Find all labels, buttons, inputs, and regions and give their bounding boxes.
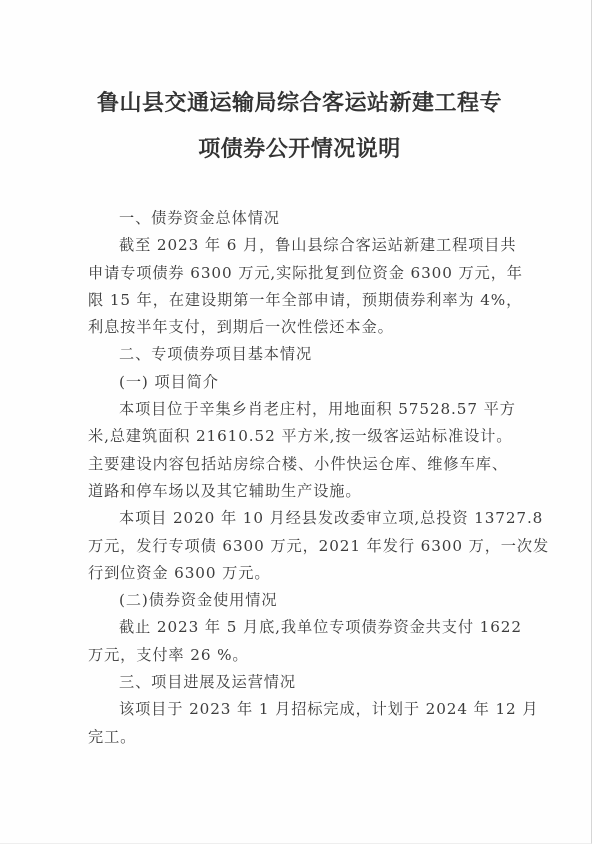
paragraph-line: 主要建设内容包括站房综合楼、小件快运仓库、维修车库、 xyxy=(88,451,508,478)
paragraph-line: 截止 2023 年 5 月底,我单位专项债券资金共支付 1622 xyxy=(88,614,508,641)
paragraph-line: 行到位资金 6300 万元。 xyxy=(88,560,508,587)
paragraph-line: 本项目位于辛集乡肖老庄村，用地面积 57528.57 平方 xyxy=(88,396,508,423)
section-heading-2: 二、专项债券项目基本情况 xyxy=(88,341,508,368)
paragraph-line: 本项目 2020 年 10 月经县发改委审立项,总投资 13727.8 xyxy=(88,505,508,532)
document-page: 鲁山县交通运输局综合客运站新建工程专 项债券公开情况说明 一、债券资金总体情况 … xyxy=(0,0,592,844)
document-title-line-2: 项债券公开情况说明 xyxy=(0,132,599,163)
paragraph-line: 道路和停车场以及其它辅助生产设施。 xyxy=(88,478,508,505)
paragraph-line: 利息按半年支付，到期后一次性偿还本金。 xyxy=(88,314,508,341)
document-body: 一、债券资金总体情况 截至 2023 年 6 月，鲁山县综合客运站新建工程项目共… xyxy=(88,205,508,751)
paragraph-line: 该项目于 2023 年 1 月招标完成，计划于 2024 年 12 月 xyxy=(88,696,508,723)
subsection-heading-fund-usage: (二)债券资金使用情况 xyxy=(88,587,508,614)
paragraph-line: 完工。 xyxy=(88,724,508,751)
subsection-heading-project-intro: (一) 项目简介 xyxy=(88,369,508,396)
section-heading-3: 三、项目进展及运营情况 xyxy=(88,669,508,696)
document-title-line-1: 鲁山县交通运输局综合客运站新建工程专 xyxy=(0,86,599,117)
paragraph-line: 万元，支付率 26 %。 xyxy=(88,642,508,669)
paragraph-line: 申请专项债券 6300 万元,实际批复到位资金 6300 万元，年 xyxy=(88,260,508,287)
paragraph-line: 截至 2023 年 6 月，鲁山县综合客运站新建工程项目共 xyxy=(88,232,508,259)
paragraph-line: 万元，发行专项债 6300 万元，2021 年发行 6300 万，一次发 xyxy=(88,533,508,560)
paragraph-line: 米,总建筑面积 21610.52 平方米,按一级客运站标准设计。 xyxy=(88,423,508,450)
section-heading-1: 一、债券资金总体情况 xyxy=(88,205,508,232)
paragraph-line: 限 15 年，在建设期第一年全部申请，预期债券利率为 4%， xyxy=(88,287,508,314)
